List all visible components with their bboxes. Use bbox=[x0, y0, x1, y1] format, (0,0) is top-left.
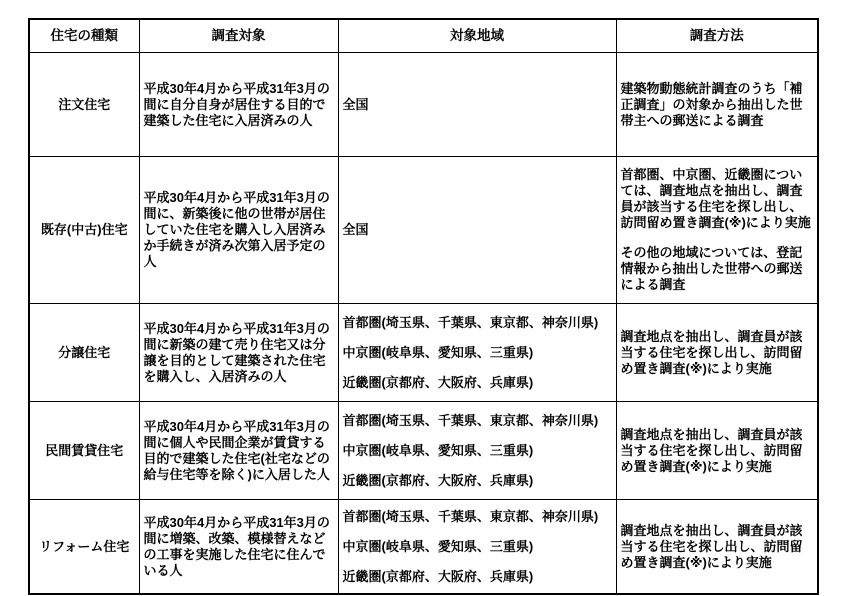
survey-method-cell: 首都圏、中京圏、近畿圏については、調査地点を抽出し、調査員が該当する住宅を探し出… bbox=[616, 157, 818, 304]
table-row-custom-built: 注文住宅 平成30年4月から平成31年3月の間に自分自身が居住する目的で建築した… bbox=[29, 53, 818, 157]
survey-method-cell: 調査地点を抽出し、調査員が該当する住宅を探し出し、訪問留め置き調査(※)により実… bbox=[616, 304, 818, 402]
method-paragraph: 調査地点を抽出し、調査員が該当する住宅を探し出し、訪問留め置き調査(※)により実… bbox=[621, 427, 814, 475]
area-line: 全国 bbox=[343, 222, 612, 238]
table-row-built-for-sale: 分譲住宅 平成30年4月から平成31年3月の間に新築の建て売り住宅又は分譲を目的… bbox=[29, 304, 818, 402]
area-line: 近畿圏(京都府、大阪府、兵庫県) bbox=[343, 569, 612, 585]
survey-target-cell: 平成30年4月から平成31年3月の間に、新築後に他の世帯が居住していた住宅を購入… bbox=[139, 157, 338, 304]
target-area-cell: 首都圏(埼玉県、千葉県、東京都、神奈川県) 中京圏(岐阜県、愛知県、三重県) 近… bbox=[338, 402, 616, 500]
header-housing-type: 住宅の種類 bbox=[29, 19, 139, 53]
method-paragraph: 調査地点を抽出し、調査員が該当する住宅を探し出し、訪問留め置き調査(※)により実… bbox=[621, 329, 814, 377]
target-area-cell: 首都圏(埼玉県、千葉県、東京都、神奈川県) 中京圏(岐阜県、愛知県、三重県) 近… bbox=[338, 500, 616, 595]
area-line: 近畿圏(京都府、大阪府、兵庫県) bbox=[343, 473, 612, 489]
method-paragraph: 首都圏、中京圏、近畿圏については、調査地点を抽出し、調査員が該当する住宅を探し出… bbox=[621, 167, 814, 231]
area-line: 中京圏(岐阜県、愛知県、三重県) bbox=[343, 345, 612, 361]
survey-target-cell: 平成30年4月から平成31年3月の間に個人や民間企業が賃貸する目的で建築した住宅… bbox=[139, 402, 338, 500]
area-line: 全国 bbox=[343, 97, 612, 113]
housing-type-label: 既存(中古)住宅 bbox=[29, 157, 139, 304]
housing-type-label: 民間賃貸住宅 bbox=[29, 402, 139, 500]
table-row-existing: 既存(中古)住宅 平成30年4月から平成31年3月の間に、新築後に他の世帯が居住… bbox=[29, 157, 818, 304]
survey-method-cell: 調査地点を抽出し、調査員が該当する住宅を探し出し、訪問留め置き調査(※)により実… bbox=[616, 500, 818, 595]
target-area-cell: 首都圏(埼玉県、千葉県、東京都、神奈川県) 中京圏(岐阜県、愛知県、三重県) 近… bbox=[338, 304, 616, 402]
area-line: 首都圏(埼玉県、千葉県、東京都、神奈川県) bbox=[343, 509, 612, 525]
area-line: 近畿圏(京都府、大阪府、兵庫県) bbox=[343, 375, 612, 391]
method-paragraph: 建築物動態統計調査のうち「補正調査」の対象から抽出した世帯主への郵送による調査 bbox=[621, 81, 814, 129]
housing-type-label: 注文住宅 bbox=[29, 53, 139, 157]
survey-method-cell: 調査地点を抽出し、調査員が該当する住宅を探し出し、訪問留め置き調査(※)により実… bbox=[616, 402, 818, 500]
housing-type-label: リフォーム住宅 bbox=[29, 500, 139, 595]
area-line: 首都圏(埼玉県、千葉県、東京都、神奈川県) bbox=[343, 315, 612, 331]
housing-survey-table: 住宅の種類 調査対象 対象地域 調査方法 注文住宅 平成30年4月から平成31年… bbox=[28, 18, 819, 595]
survey-target-cell: 平成30年4月から平成31年3月の間に増築、改築、模様替えなどの工事を実施した住… bbox=[139, 500, 338, 595]
area-line: 首都圏(埼玉県、千葉県、東京都、神奈川県) bbox=[343, 413, 612, 429]
table-row-private-rental: 民間賃貸住宅 平成30年4月から平成31年3月の間に個人や民間企業が賃貸する目的… bbox=[29, 402, 818, 500]
header-target-area: 対象地域 bbox=[338, 19, 616, 53]
survey-target-cell: 平成30年4月から平成31年3月の間に自分自身が居住する目的で建築した住宅に入居… bbox=[139, 53, 338, 157]
table-row-renovated: リフォーム住宅 平成30年4月から平成31年3月の間に増築、改築、模様替えなどの… bbox=[29, 500, 818, 595]
target-area-cell: 全国 bbox=[338, 53, 616, 157]
housing-type-label: 分譲住宅 bbox=[29, 304, 139, 402]
target-area-cell: 全国 bbox=[338, 157, 616, 304]
survey-target-cell: 平成30年4月から平成31年3月の間に新築の建て売り住宅又は分譲を目的として建築… bbox=[139, 304, 338, 402]
header-survey-target: 調査対象 bbox=[139, 19, 338, 53]
survey-method-cell: 建築物動態統計調査のうち「補正調査」の対象から抽出した世帯主への郵送による調査 bbox=[616, 53, 818, 157]
area-line: 中京圏(岐阜県、愛知県、三重県) bbox=[343, 443, 612, 459]
method-paragraph: 調査地点を抽出し、調査員が該当する住宅を探し出し、訪問留め置き調査(※)により実… bbox=[621, 523, 814, 571]
header-survey-method: 調査方法 bbox=[616, 19, 818, 53]
header-row: 住宅の種類 調査対象 対象地域 調査方法 bbox=[29, 19, 818, 53]
area-line: 中京圏(岐阜県、愛知県、三重県) bbox=[343, 539, 612, 555]
method-paragraph: その他の地域については、登記情報から抽出した世帯への郵送による調査 bbox=[621, 245, 814, 293]
